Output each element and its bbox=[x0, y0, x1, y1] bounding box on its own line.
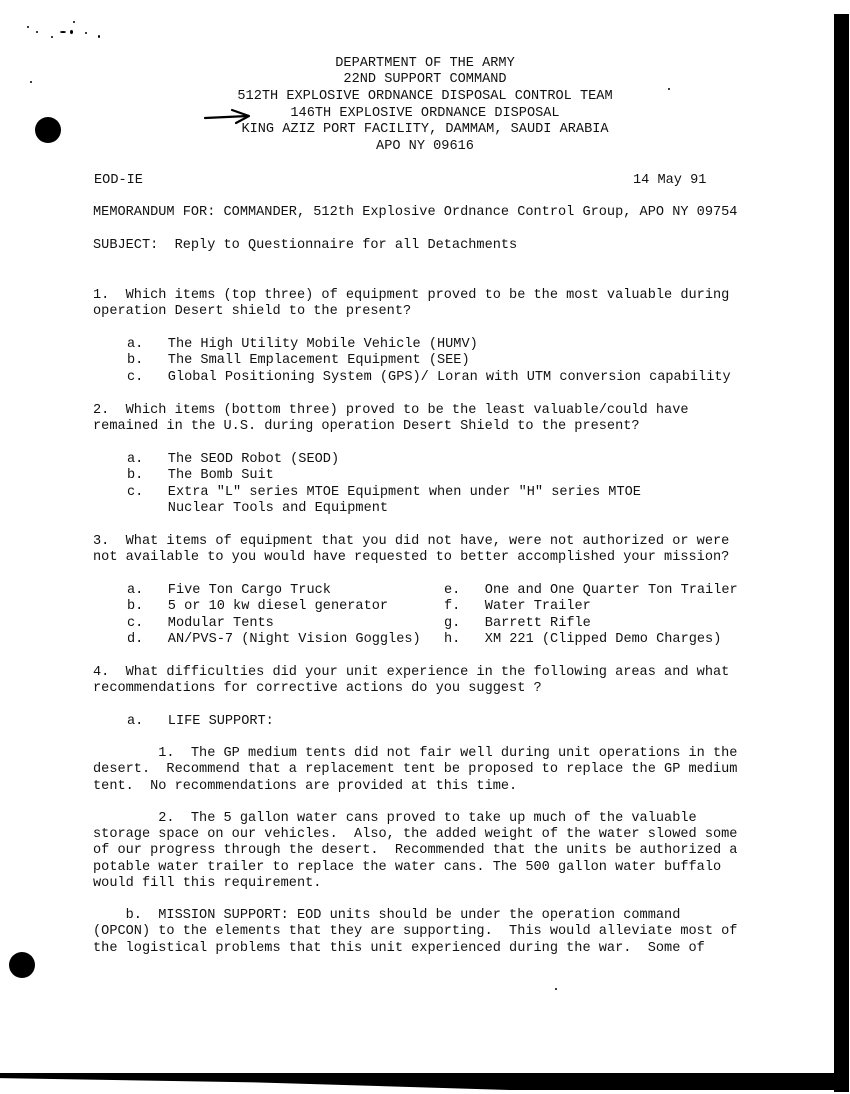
scan-speck bbox=[85, 32, 87, 34]
list-item: c. Modular Tents bbox=[127, 616, 274, 633]
question-text: operation Desert shield to the present? bbox=[93, 304, 411, 321]
question-text: 4. What difficulties did your unit exper… bbox=[93, 665, 729, 682]
list-item: f. Water Trailer bbox=[444, 599, 591, 616]
scan-speck bbox=[73, 21, 75, 23]
list-item: b. 5 or 10 kw diesel generator bbox=[127, 599, 388, 616]
letterhead-line: 512TH EXPLOSIVE ORDNANCE DISPOSAL CONTRO… bbox=[0, 89, 850, 106]
punch-hole-bottom bbox=[9, 952, 35, 978]
memorandum-for: MEMORANDUM FOR: COMMANDER, 512th Explosi… bbox=[93, 205, 737, 222]
paragraph-line: the logistical problems that this unit e… bbox=[93, 941, 705, 958]
question-text: 2. Which items (bottom three) proved to … bbox=[93, 403, 689, 420]
letterhead-line: APO NY 09616 bbox=[0, 139, 850, 156]
list-item: Nuclear Tools and Equipment bbox=[127, 501, 388, 518]
office-symbol: EOD-IE bbox=[94, 173, 143, 190]
letterhead-line: KING AZIZ PORT FACILITY, DAMMAM, SAUDI A… bbox=[0, 122, 850, 139]
letterhead-line: 22ND SUPPORT COMMAND bbox=[0, 72, 850, 89]
list-item: h. XM 221 (Clipped Demo Charges) bbox=[444, 632, 721, 649]
scan-speck bbox=[60, 31, 66, 33]
paragraph-line: of our progress through the desert. Reco… bbox=[93, 843, 737, 860]
list-item: c. Extra "L" series MTOE Equipment when … bbox=[127, 485, 641, 502]
section-heading-life-support: a. LIFE SUPPORT: bbox=[127, 714, 274, 731]
list-item: e. One and One Quarter Ton Trailer bbox=[444, 583, 738, 600]
paragraph-line: would fill this requirement. bbox=[93, 876, 321, 893]
scan-speck bbox=[27, 26, 29, 28]
paragraph-line: 1. The GP medium tents did not fair well… bbox=[93, 746, 737, 763]
question-text: remained in the U.S. during operation De… bbox=[93, 419, 640, 436]
list-item: a. Five Ton Cargo Truck bbox=[127, 583, 331, 600]
question-text: 3. What items of equipment that you did … bbox=[93, 534, 729, 551]
paragraph-line: tent. No recommendations are provided at… bbox=[93, 779, 517, 796]
question-text: recommendations for corrective actions d… bbox=[93, 681, 542, 698]
paragraph-line: storage space on our vehicles. Also, the… bbox=[93, 827, 737, 844]
memo-date: 14 May 91 bbox=[633, 173, 706, 190]
paragraph-line: 2. The 5 gallon water cans proved to tak… bbox=[93, 811, 697, 828]
paragraph-line: desert. Recommend that a replacement ten… bbox=[93, 762, 737, 779]
question-text: not available to you would have requeste… bbox=[93, 550, 729, 567]
list-item: a. The High Utility Mobile Vehicle (HUMV… bbox=[127, 337, 478, 354]
letterhead-line: DEPARTMENT OF THE ARMY bbox=[0, 56, 850, 73]
scan-speck bbox=[555, 988, 557, 990]
question-text: 1. Which items (top three) of equipment … bbox=[93, 288, 729, 305]
letterhead-line: 146TH EXPLOSIVE ORDNANCE DISPOSAL bbox=[0, 106, 850, 123]
scan-edge-bottom bbox=[0, 1073, 849, 1090]
paragraph-line: potable water trailer to replace the wat… bbox=[93, 860, 721, 877]
scan-speck bbox=[98, 35, 100, 38]
scan-speck bbox=[70, 30, 73, 34]
scan-edge-right bbox=[834, 14, 849, 1092]
paragraph-line: b. MISSION SUPPORT: EOD units should be … bbox=[93, 908, 680, 925]
scanned-memo-page: DEPARTMENT OF THE ARMY 22ND SUPPORT COMM… bbox=[0, 0, 850, 1094]
list-item: b. The Small Emplacement Equipment (SEE) bbox=[127, 353, 470, 370]
hand-drawn-arrow-icon bbox=[204, 108, 264, 128]
list-item: c. Global Positioning System (GPS)/ Lora… bbox=[127, 370, 731, 387]
scan-speck bbox=[36, 31, 38, 33]
list-item: a. The SEOD Robot (SEOD) bbox=[127, 452, 339, 469]
subject-line: SUBJECT: Reply to Questionnaire for all … bbox=[93, 238, 517, 255]
list-item: b. The Bomb Suit bbox=[127, 468, 274, 485]
paragraph-line: (OPCON) to the elements that they are su… bbox=[93, 924, 737, 941]
list-item: d. AN/PVS-7 (Night Vision Goggles) bbox=[127, 632, 421, 649]
list-item: g. Barrett Rifle bbox=[444, 616, 591, 633]
scan-speck bbox=[51, 36, 53, 38]
